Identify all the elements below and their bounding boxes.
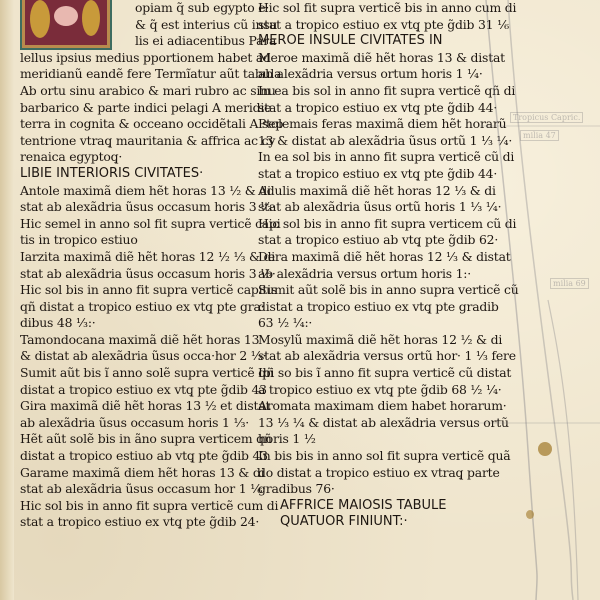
text-line: ab alexãdria versus ortum horis 1:· bbox=[258, 266, 478, 283]
colophon-line: AFFRICE MAIOSIS TABULE bbox=[258, 498, 478, 515]
text-line: meridianũ eandẽ fere Termĩatur aũt tabul… bbox=[20, 66, 242, 83]
left-text-column: opiam q̃ sub egypto e· & q̃ est interius… bbox=[20, 0, 242, 531]
text-line: distat a tropico estiuo ab vtq̧ pte g̃di… bbox=[20, 448, 242, 465]
colophon-line: QUATUOR FINIUNT:· bbox=[258, 514, 478, 531]
text-line: Sumit aũt solẽ bis in anno supra verticẽ… bbox=[258, 282, 478, 299]
text-line: Iarzita maximã diẽ hẽt horas 12 ½ ⅓ & di bbox=[20, 249, 242, 266]
text-line: & q̃ est interius cũ insu bbox=[20, 17, 242, 34]
text-line: Garame maximã diem hẽt horas 13 & di bbox=[20, 465, 242, 482]
text-line: Sumit aũt bis ĩ anno solẽ supra verticẽ … bbox=[20, 365, 242, 382]
text-line: Gira maximã diẽ hẽt horas 13 ½ et distat bbox=[20, 398, 242, 415]
ink-stain bbox=[538, 442, 552, 456]
text-line: lellus ipsius medius pportionem habet ad bbox=[20, 50, 242, 67]
text-line: tis in tropico estiuo bbox=[20, 232, 242, 249]
text-line: stat ab alexãdria ũsus occasum horis 3 ⅓… bbox=[20, 199, 242, 216]
text-line: Hẽt aũt solẽ bis in ãno supra verticem q… bbox=[20, 431, 242, 448]
section-heading: LIBIE INTERIORIS CIVITATES· bbox=[20, 166, 242, 183]
text-line: ab alexãdria versus ortum horis 1 ¼· bbox=[258, 66, 478, 83]
text-line: Hic sol fit supra verticẽ bis in anno cu… bbox=[258, 0, 478, 17]
text-line: renaica egyptoq̧· bbox=[20, 149, 242, 166]
text-line: & distat ab alexãdria ũsus occa·hor 2 ⅓· bbox=[20, 348, 242, 365]
intro-lines: opiam q̃ sub egypto e· & q̃ est interius… bbox=[20, 0, 242, 50]
text-line: 63 ½ ¼:· bbox=[258, 315, 478, 332]
right-text-column: Hic sol fit supra verticẽ bis in anno cu… bbox=[258, 0, 478, 531]
text-line: lis ei adiacentibus Para bbox=[20, 33, 242, 50]
text-line: stat a tropico estiuo ex vtq̧ pte g̃dib … bbox=[258, 100, 478, 117]
text-line: stat ab alexãdria ũsus ortũ horis 1 ⅓ ¼· bbox=[258, 199, 478, 216]
text-line: Hic semel in anno sol fit supra verticẽ … bbox=[20, 216, 242, 233]
text-line: stat ab alexãdria ũsus occasum hor 1 ⅙· bbox=[20, 481, 242, 498]
manuscript-page: opiam q̃ sub egypto e· & q̃ est interius… bbox=[0, 0, 600, 600]
text-line: tentrione vtraq̧ mauritania & affrica ac… bbox=[20, 133, 242, 150]
text-line: Dera maximã diẽ hẽt horas 12 ⅓ & distat bbox=[258, 249, 478, 266]
text-line: stat ab alexãdria ũsus occasum horis 3 ⅓… bbox=[20, 266, 242, 283]
text-line: dibus 48 ⅓:· bbox=[20, 315, 242, 332]
text-line: Hic sol bis in anno fit supra verticem c… bbox=[258, 216, 478, 233]
text-line: Aromata maximam diem habet horarum· bbox=[258, 398, 478, 415]
text-line: qñ distat a tropico estiuo ex vtq̧ pte g… bbox=[20, 299, 242, 316]
text-line: Antole maximã diem hẽt horas 13 ½ & di bbox=[20, 183, 242, 200]
text-line: ab alexãdria ũsus occasum horis 1 ⅓· bbox=[20, 415, 242, 432]
text-line: Ptolemais feras maximã diem hẽt horarũ bbox=[258, 116, 478, 133]
text-line: opiam q̃ sub egypto e· bbox=[20, 0, 242, 17]
map-label: Tropicus Capric. bbox=[510, 112, 583, 123]
ink-stain bbox=[526, 510, 534, 519]
text-line: 13 & distat ab alexãdria ũsus ortũ 1 ⅓ ¼… bbox=[258, 133, 478, 150]
text-line: stat a tropico estiuo ex vtq̧ pte g̃dib … bbox=[20, 514, 242, 531]
text-line: do distat a tropico estiuo ex vtraq̧ par… bbox=[258, 465, 478, 482]
text-line: distat a tropico estiuo ex vtq̧ pte g̃di… bbox=[20, 382, 242, 399]
text-line: a tropico estiuo ex vtq̧ pte g̃dib 68 ½ … bbox=[258, 382, 478, 399]
text-line: barbarico & parte indici pelagi A meridi… bbox=[20, 100, 242, 117]
text-line: terra in cognita & occeano occidẽtali A … bbox=[20, 116, 242, 133]
text-line: In ea sol bis in anno fit supra verticẽ … bbox=[258, 149, 478, 166]
text-line: In ea bis sol in anno fit supra verticẽ … bbox=[258, 83, 478, 100]
text-line: gradibus 76· bbox=[258, 481, 478, 498]
map-label: milia 47 bbox=[520, 130, 559, 141]
text-line: stat a tropico estiuo ex vtq̧ pte g̃dib … bbox=[258, 17, 478, 34]
text-line: Mosylũ maximã diẽ hẽt horas 12 ½ & di bbox=[258, 332, 478, 349]
map-label: milia 69 bbox=[550, 278, 589, 289]
section-heading: MEROE INSULE CIVITATES IN bbox=[258, 33, 478, 50]
text-line: horis 1 ½ bbox=[258, 431, 478, 448]
text-line: Ab ortu sinu arabico & mari rubro ac sin… bbox=[20, 83, 242, 100]
text-line: Meroe maximã diẽ hẽt horas 13 & distat bbox=[258, 50, 478, 67]
text-line: stat ab alexãdria versus ortũ hor· 1 ⅓ f… bbox=[258, 348, 478, 365]
text-line: Hic sol bis in anno fit supra verticẽ ca… bbox=[20, 282, 242, 299]
text-line: In bis bis in anno sol fit supra verticẽ… bbox=[258, 448, 478, 465]
text-line: Hic sol bis in anno fit supra verticẽ cu… bbox=[20, 498, 242, 515]
text-line: Adulis maximã diẽ hẽt horas 12 ⅓ & di bbox=[258, 183, 478, 200]
text-line: distat a tropico estiuo ex vtq̧ pte grad… bbox=[258, 299, 478, 316]
text-line: stat a tropico estiuo ex vtq̧ pte g̃dib … bbox=[258, 166, 478, 183]
text-line: Tamondocana maximã diẽ hẽt horas 13 bbox=[20, 332, 242, 349]
text-line: stat a tropico estiuo ab vtq̧ pte g̃dib … bbox=[258, 232, 478, 249]
text-line: Ibi so bis ĩ anno fit supra verticẽ cũ d… bbox=[258, 365, 478, 382]
text-line: 13 ⅓ ¼ & distat ab alexãdria versus ortũ bbox=[258, 415, 478, 432]
page-gutter-shadow bbox=[0, 0, 14, 600]
